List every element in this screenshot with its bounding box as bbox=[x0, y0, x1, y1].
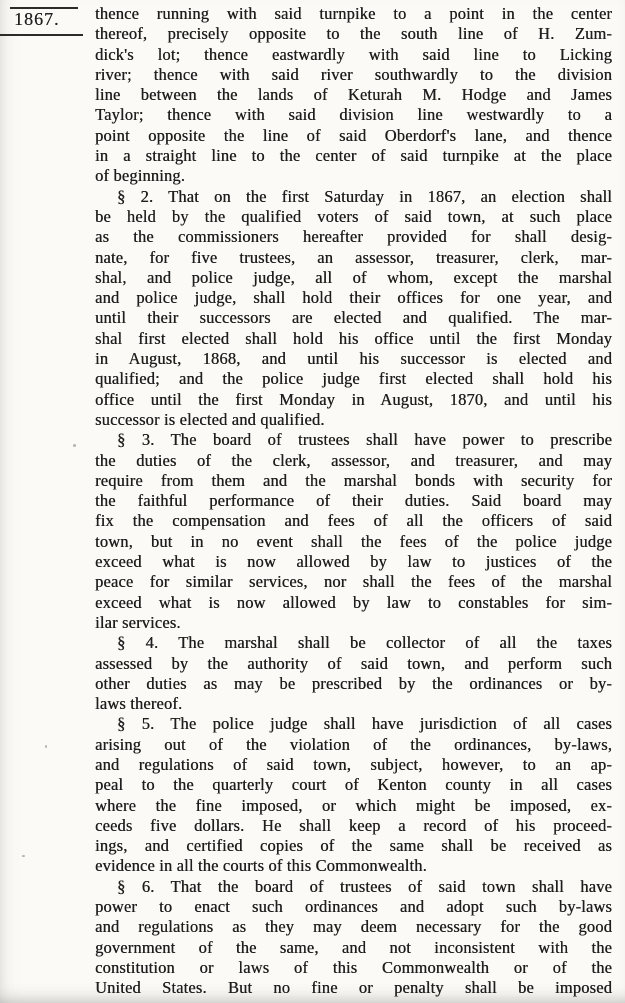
text-line: town, but in no event shall the fees of … bbox=[95, 532, 612, 552]
text-line: point opposite the line of said Oberdorf… bbox=[95, 126, 612, 146]
text-line: power to enact such ordinances and adopt… bbox=[95, 897, 612, 917]
text-line: laws thereof. bbox=[95, 694, 612, 714]
text-line: Taylor; thence with said division line w… bbox=[95, 105, 612, 125]
margin-year-label: 1867. bbox=[14, 9, 60, 30]
text-line: other duties as may be prescribed by the… bbox=[95, 674, 612, 694]
text-line: thereof, precisely opposite to the south… bbox=[95, 24, 612, 44]
legal-text-body: thence running with said turnpike to a p… bbox=[95, 4, 612, 999]
text-line: qualified; and the police judge first el… bbox=[95, 369, 612, 389]
text-line: § 6. That the board of trustees of said … bbox=[95, 877, 612, 897]
text-line: fix the compensation and fees of all the… bbox=[95, 511, 612, 531]
text-line: constitution or laws of this Commonwealt… bbox=[95, 958, 612, 978]
text-line: government of the same, and not inconsis… bbox=[95, 938, 612, 958]
text-line: shal, and police judge, all of whom, exc… bbox=[95, 268, 612, 288]
text-line: be held by the qualified voters of said … bbox=[95, 207, 612, 227]
text-line: exceed what is now allowed by law to con… bbox=[95, 593, 612, 613]
text-line: office until the first Monday in August,… bbox=[95, 390, 612, 410]
text-line: arising out of the violation of the ordi… bbox=[95, 735, 612, 755]
text-line: nate, for five trustees, an assessor, tr… bbox=[95, 248, 612, 268]
text-line: dick's lot; thence eastwardly with said … bbox=[95, 45, 612, 65]
text-line: require from them and the marshal bonds … bbox=[95, 471, 612, 491]
scan-speck bbox=[73, 444, 76, 447]
text-line: of beginning. bbox=[95, 166, 612, 186]
margin-rule-bottom bbox=[0, 34, 83, 36]
text-line: in August, 1868, and until his successor… bbox=[95, 349, 612, 369]
text-line: exceed what is now allowed by law to jus… bbox=[95, 552, 612, 572]
text-line: line between the lands of Keturah M. Hod… bbox=[95, 85, 612, 105]
text-line: river; thence with said river southwardl… bbox=[95, 65, 612, 85]
scan-speck bbox=[45, 745, 47, 748]
text-line: the duties of the clerk, assessor, and t… bbox=[95, 451, 612, 471]
text-line: peace for similar services, nor shall th… bbox=[95, 572, 612, 592]
text-line: and regulations of said town, subject, h… bbox=[95, 755, 612, 775]
text-line: evidence in all the courts of this Commo… bbox=[95, 856, 612, 876]
text-line: in a straight line to the center of said… bbox=[95, 146, 612, 166]
text-line: successor is elected and qualified. bbox=[95, 410, 612, 430]
text-line: thence running with said turnpike to a p… bbox=[95, 4, 612, 24]
text-line: the faithful performance of their duties… bbox=[95, 491, 612, 511]
scan-speck bbox=[22, 855, 25, 857]
text-line: assessed by the authority of said town, … bbox=[95, 654, 612, 674]
text-line: ilar services. bbox=[95, 613, 612, 633]
text-line: peal to the quarterly court of Kenton co… bbox=[95, 775, 612, 795]
text-line: § 2. That on the first Saturday in 1867,… bbox=[95, 187, 612, 207]
text-line: until their successors are elected and q… bbox=[95, 308, 612, 328]
scanned-document-page: 1867. thence running with said turnpike … bbox=[0, 0, 625, 1003]
text-line: as the commissioners hereafter provided … bbox=[95, 227, 612, 247]
text-line: shal first elected shall hold his office… bbox=[95, 329, 612, 349]
text-line: and regulations as they may deem necessa… bbox=[95, 917, 612, 937]
text-line: § 3. The board of trustees shall have po… bbox=[95, 430, 612, 450]
text-line: § 4. The marshal shall be collector of a… bbox=[95, 633, 612, 653]
text-line: ceeds five dollars. He shall keep a reco… bbox=[95, 816, 612, 836]
text-line: United States. But no fine or penalty sh… bbox=[95, 978, 612, 998]
text-line: § 5. The police judge shall have jurisdi… bbox=[95, 714, 612, 734]
text-line: where the fine imposed, or which might b… bbox=[95, 796, 612, 816]
text-line: and police judge, shall hold their offic… bbox=[95, 288, 612, 308]
text-line: ings, and certified copies of the same s… bbox=[95, 836, 612, 856]
